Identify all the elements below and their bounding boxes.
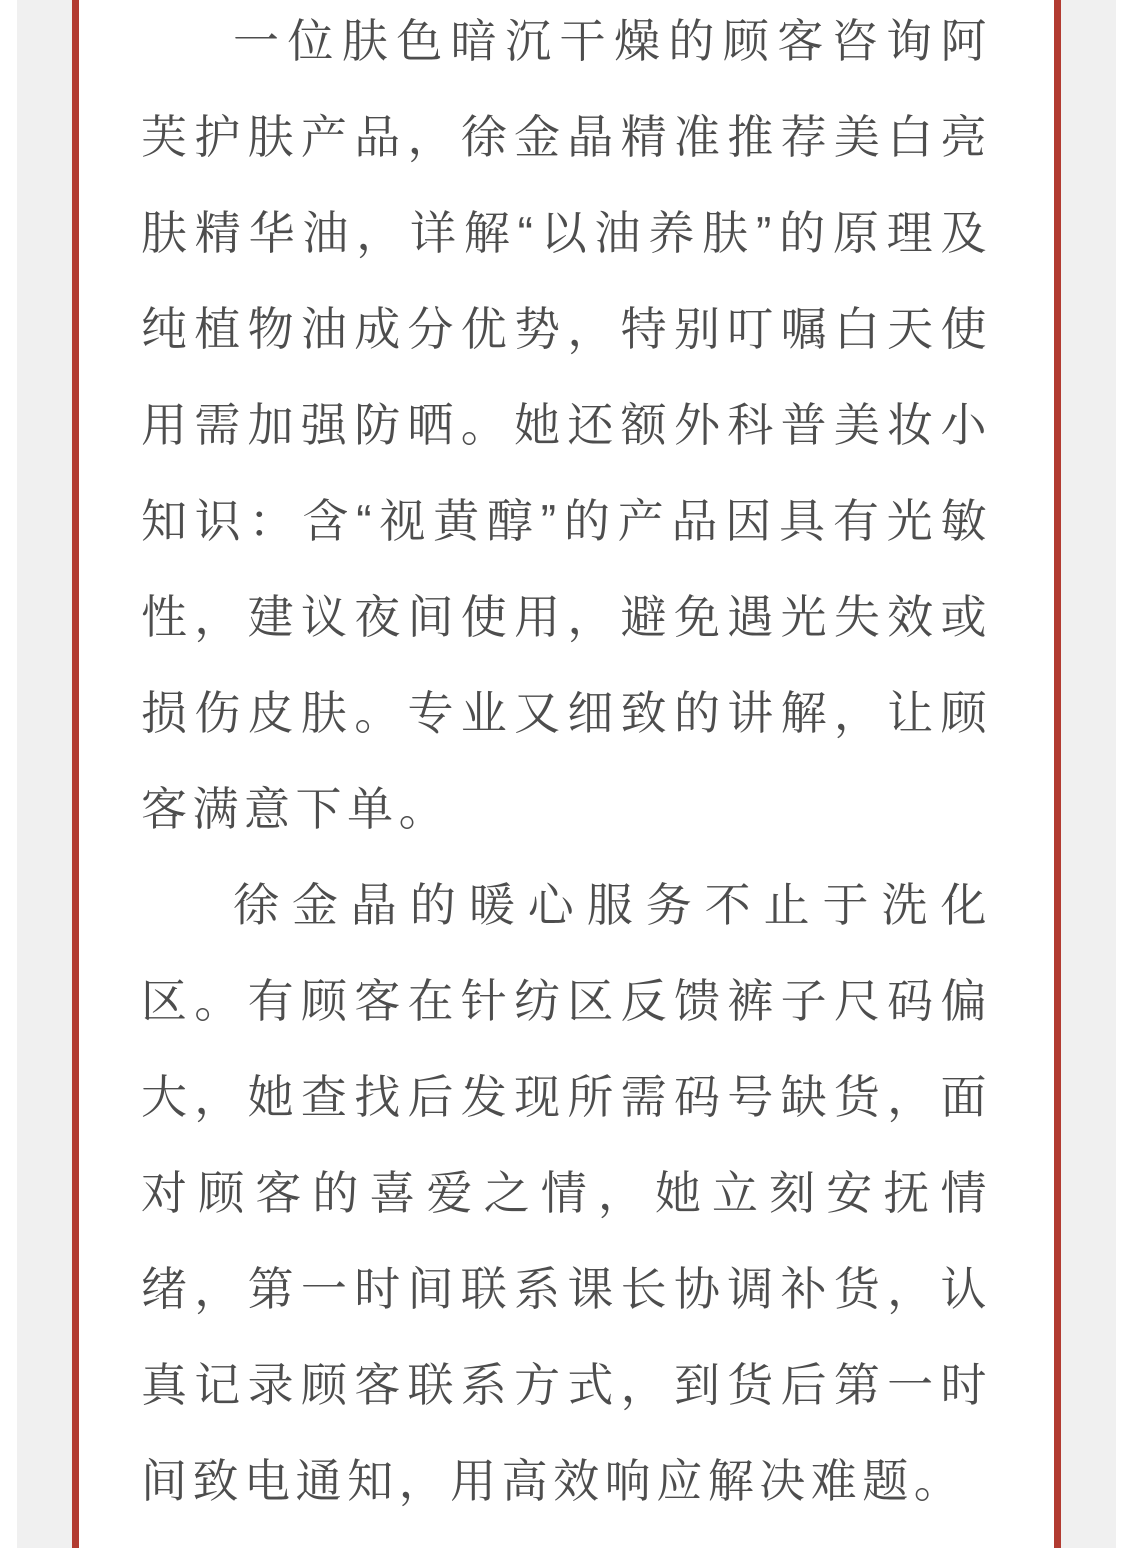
- article-paragraph-2: 徐金晶的暖心服务不止于洗化区。有顾客在针纺区反馈裤子尺码偏大，她查找后发现所需码…: [141, 857, 992, 1529]
- article-paragraph-1: 一位肤色暗沉干燥的顾客咨询阿芙护肤产品，徐金晶精准推荐美白亮肤精华油，详解“以油…: [141, 0, 992, 857]
- page-gutter: 一位肤色暗沉干燥的顾客咨询阿芙护肤产品，徐金晶精准推荐美白亮肤精华油，详解“以油…: [17, 0, 1116, 1548]
- article-card: 一位肤色暗沉干燥的顾客咨询阿芙护肤产品，徐金晶精准推荐美白亮肤精华油，详解“以油…: [72, 0, 1061, 1548]
